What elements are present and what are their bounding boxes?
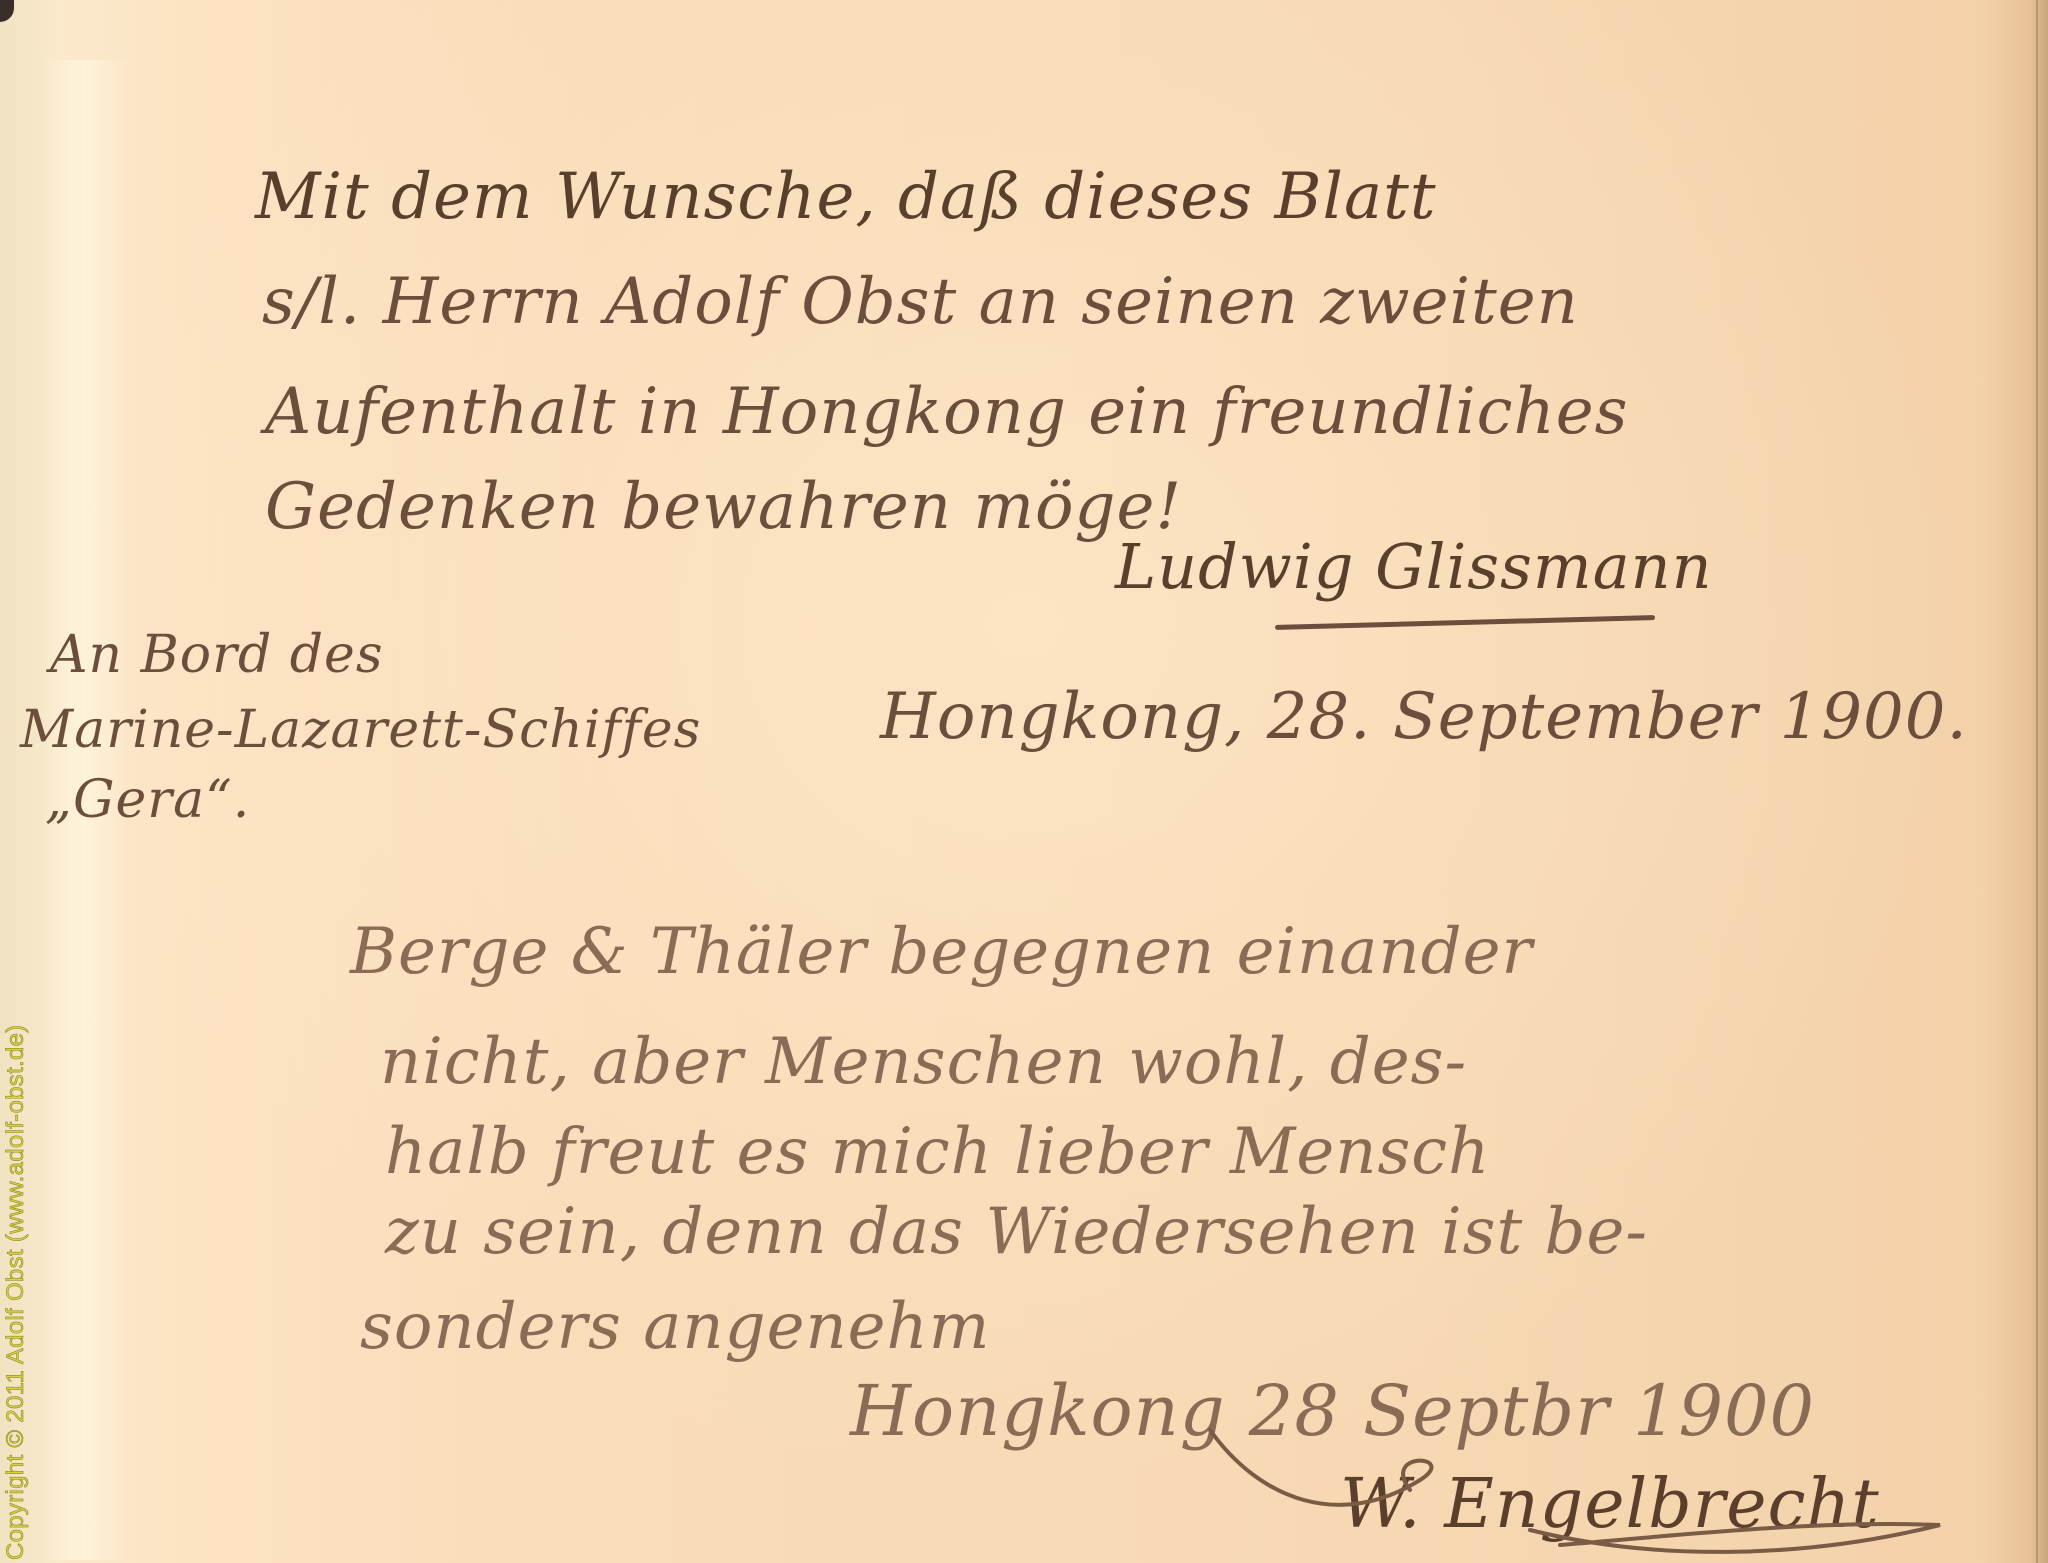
entry2-line-2: nicht, aber Menschen wohl, des- <box>380 1025 1467 1099</box>
copyright-watermark: Copyright © 2011 Adolf Obst (www.adolf-o… <box>2 1024 30 1560</box>
entry2-line-1: Berge & Thäler begegnen einander <box>350 915 1533 989</box>
ship-note-line-1: An Bord des <box>50 625 384 685</box>
entry1-signature: Ludwig Glissmann <box>1115 530 1713 603</box>
entry2-line-5: sonders angenehm <box>360 1290 990 1364</box>
entry1-line-3: Aufenthalt in Hongkong ein freundliches <box>265 375 1628 449</box>
entry1-line-1: Mit dem Wunsche, daß dieses Blatt <box>255 160 1437 234</box>
entry2-line-4: zu sein, denn das Wiedersehen ist be- <box>385 1195 1648 1269</box>
entry1-place-date: Hongkong, 28. September 1900. <box>880 680 1968 754</box>
album-cover-corner <box>0 0 14 22</box>
album-page: Mit dem Wunsche, daß dieses Blatt s/l. H… <box>0 0 2048 1563</box>
entry2-line-3: halb freut es mich lieber Mensch <box>385 1115 1490 1189</box>
ship-note-line-2: Marine-Lazarett-Schiffes <box>20 700 701 760</box>
signature-flourish <box>1200 1420 1960 1560</box>
entry1-line-2: s/l. Herrn Adolf Obst an seinen zweiten <box>262 265 1579 339</box>
signature-underline <box>1275 615 1655 630</box>
entry1-line-4: Gedenken bewahren möge! <box>265 470 1182 544</box>
ship-note-line-3: „Gera“. <box>45 770 250 830</box>
